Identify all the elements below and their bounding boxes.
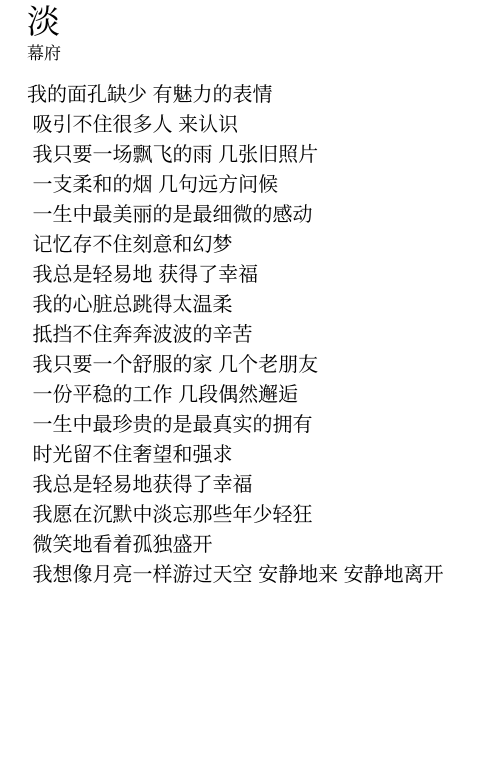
lyric-line: 微笑地看着孤独盛开 bbox=[27, 530, 490, 560]
lyric-line: 我总是轻易地获得了幸福 bbox=[27, 470, 490, 500]
lyric-line: 吸引不住很多人 来认识 bbox=[27, 110, 490, 140]
lyric-line: 一生中最珍贵的是最真实的拥有 bbox=[27, 410, 490, 440]
lyric-line: 一支柔和的烟 几句远方问候 bbox=[27, 170, 490, 200]
lyric-line: 我总是轻易地 获得了幸福 bbox=[27, 260, 490, 290]
lyrics-page: 淡 幕府 我的面孔缺少 有魅力的表情 吸引不住很多人 来认识 我只要一场飘飞的雨… bbox=[0, 0, 500, 760]
lyric-line: 我愿在沉默中淡忘那些年少轻狂 bbox=[27, 500, 490, 530]
lyric-line: 我的心脏总跳得太温柔 bbox=[27, 290, 490, 320]
lyrics-body: 我的面孔缺少 有魅力的表情 吸引不住很多人 来认识 我只要一场飘飞的雨 几张旧照… bbox=[27, 80, 490, 590]
lyric-line: 记忆存不住刻意和幻梦 bbox=[27, 230, 490, 260]
song-title: 淡 bbox=[27, 2, 490, 42]
lyric-line: 一份平稳的工作 几段偶然邂逅 bbox=[27, 380, 490, 410]
lyric-line: 抵挡不住奔奔波波的辛苦 bbox=[27, 320, 490, 350]
artist-name: 幕府 bbox=[27, 42, 490, 66]
lyric-line: 我只要一个舒服的家 几个老朋友 bbox=[27, 350, 490, 380]
lyric-line: 我只要一场飘飞的雨 几张旧照片 bbox=[27, 140, 490, 170]
lyric-line: 我的面孔缺少 有魅力的表情 bbox=[27, 80, 490, 110]
lyric-line: 一生中最美丽的是最细微的感动 bbox=[27, 200, 490, 230]
lyric-line: 时光留不住奢望和强求 bbox=[27, 440, 490, 470]
lyric-line: 我想像月亮一样游过天空 安静地来 安静地离开 bbox=[27, 560, 490, 590]
